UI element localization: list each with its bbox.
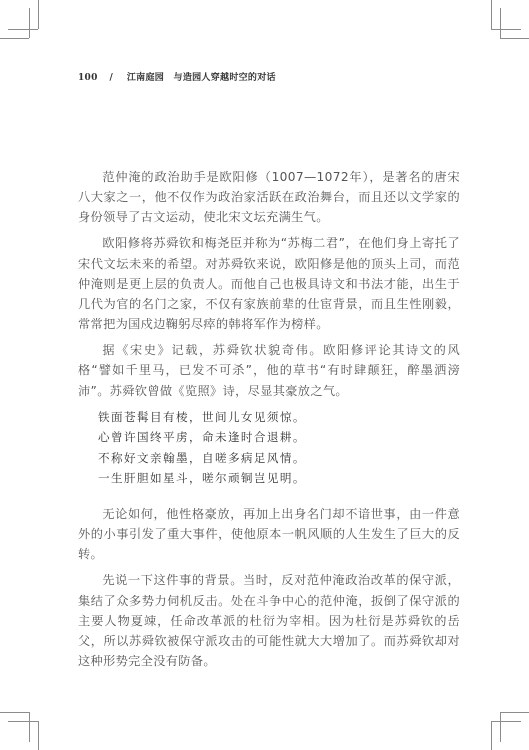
paragraph: 据《宋史》记载，苏舜钦状貌奇伟。欧阳修评论其诗文的风格“譬如千里马，已发不可杀”…	[78, 340, 460, 401]
paragraph: 范仲淹的政治助手是欧阳修（1007—1072年），是著名的唐宋八大家之一，他不仅…	[78, 167, 460, 228]
poem-line: 心曾许国终平虏，命未逢时合退耕。	[98, 427, 460, 448]
crop-mark	[0, 38, 29, 39]
crop-mark	[500, 712, 501, 742]
crop-mark	[38, 0, 39, 29]
crop-mark	[38, 721, 39, 750]
poem-line: 不称好文亲翰墨，自嗟多病足风情。	[98, 448, 460, 469]
crop-mark	[491, 0, 492, 29]
body-text: 范仲淹的政治助手是欧阳修（1007—1072年），是著名的唐宋八大家之一，他不仅…	[78, 167, 460, 677]
crop-mark	[500, 38, 529, 39]
running-header: 100 / 江南庭园 与造园人穿越时空的对话	[78, 70, 276, 83]
book-title: 江南庭园	[127, 73, 164, 83]
poem-block: 铁面苍髯目有棱，世间儿女见须惊。 心曾许国终平虏，命未逢时合退耕。 不称好文亲翰…	[78, 407, 460, 489]
crop-mark	[491, 721, 492, 750]
paragraph: 无论如何，他性格豪放，再加上出身名门却不谙世事，由一件意外的小事引发了重大事件，…	[78, 504, 460, 565]
crop-mark	[491, 29, 521, 30]
crop-mark	[500, 8, 501, 38]
paragraph: 欧阳修将苏舜钦和梅尧臣并称为“苏梅二君”，在他们身上寄托了宋代文坛未来的希望。对…	[78, 233, 460, 334]
poem-line: 一生肝胆如星斗，嗟尔顽铜岂见明。	[98, 468, 460, 489]
crop-mark	[29, 8, 30, 38]
crop-mark	[0, 712, 29, 713]
crop-mark	[500, 712, 529, 713]
crop-mark	[491, 721, 521, 722]
page-number: 100	[78, 73, 106, 83]
crop-mark	[8, 29, 38, 30]
header-separator: /	[109, 73, 123, 83]
paragraph: 先说一下这件事的背景。当时，反对范仲淹政治改革的保守派，集结了众多势力伺机反击。…	[78, 570, 460, 671]
book-subtitle: 与造园人穿越时空的对话	[174, 73, 276, 83]
crop-mark	[29, 712, 30, 742]
poem-line: 铁面苍髯目有棱，世间儿女见须惊。	[98, 407, 460, 428]
crop-mark	[8, 721, 38, 722]
